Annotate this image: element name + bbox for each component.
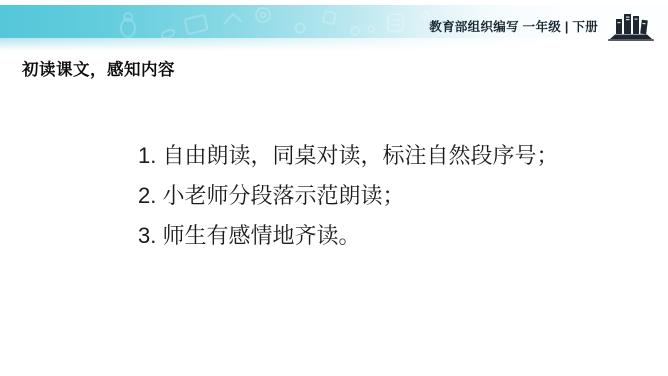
list-item: 1. 自由朗读，同桌对读，标注自然段序号；	[138, 136, 558, 176]
list-item: 3. 师生有感情地齐读。	[138, 216, 558, 256]
edition-label: 教育部组织编写 一年级 | 下册	[429, 20, 598, 34]
reading-steps-list: 1. 自由朗读，同桌对读，标注自然段序号； 2. 小老师分段落示范朗读； 3. …	[138, 136, 558, 256]
list-item: 2. 小老师分段落示范朗读；	[138, 176, 558, 216]
header-band-fade	[0, 38, 668, 52]
books-icon	[607, 12, 655, 41]
header-banner: 教育部组织编写 一年级 | 下册	[0, 0, 668, 54]
page-title: 初读课文，感知内容	[22, 56, 175, 80]
slide-canvas: 教育部组织编写 一年级 | 下册 初读课文，感知内容 1. 自由朗读，同桌对读，…	[0, 0, 668, 376]
